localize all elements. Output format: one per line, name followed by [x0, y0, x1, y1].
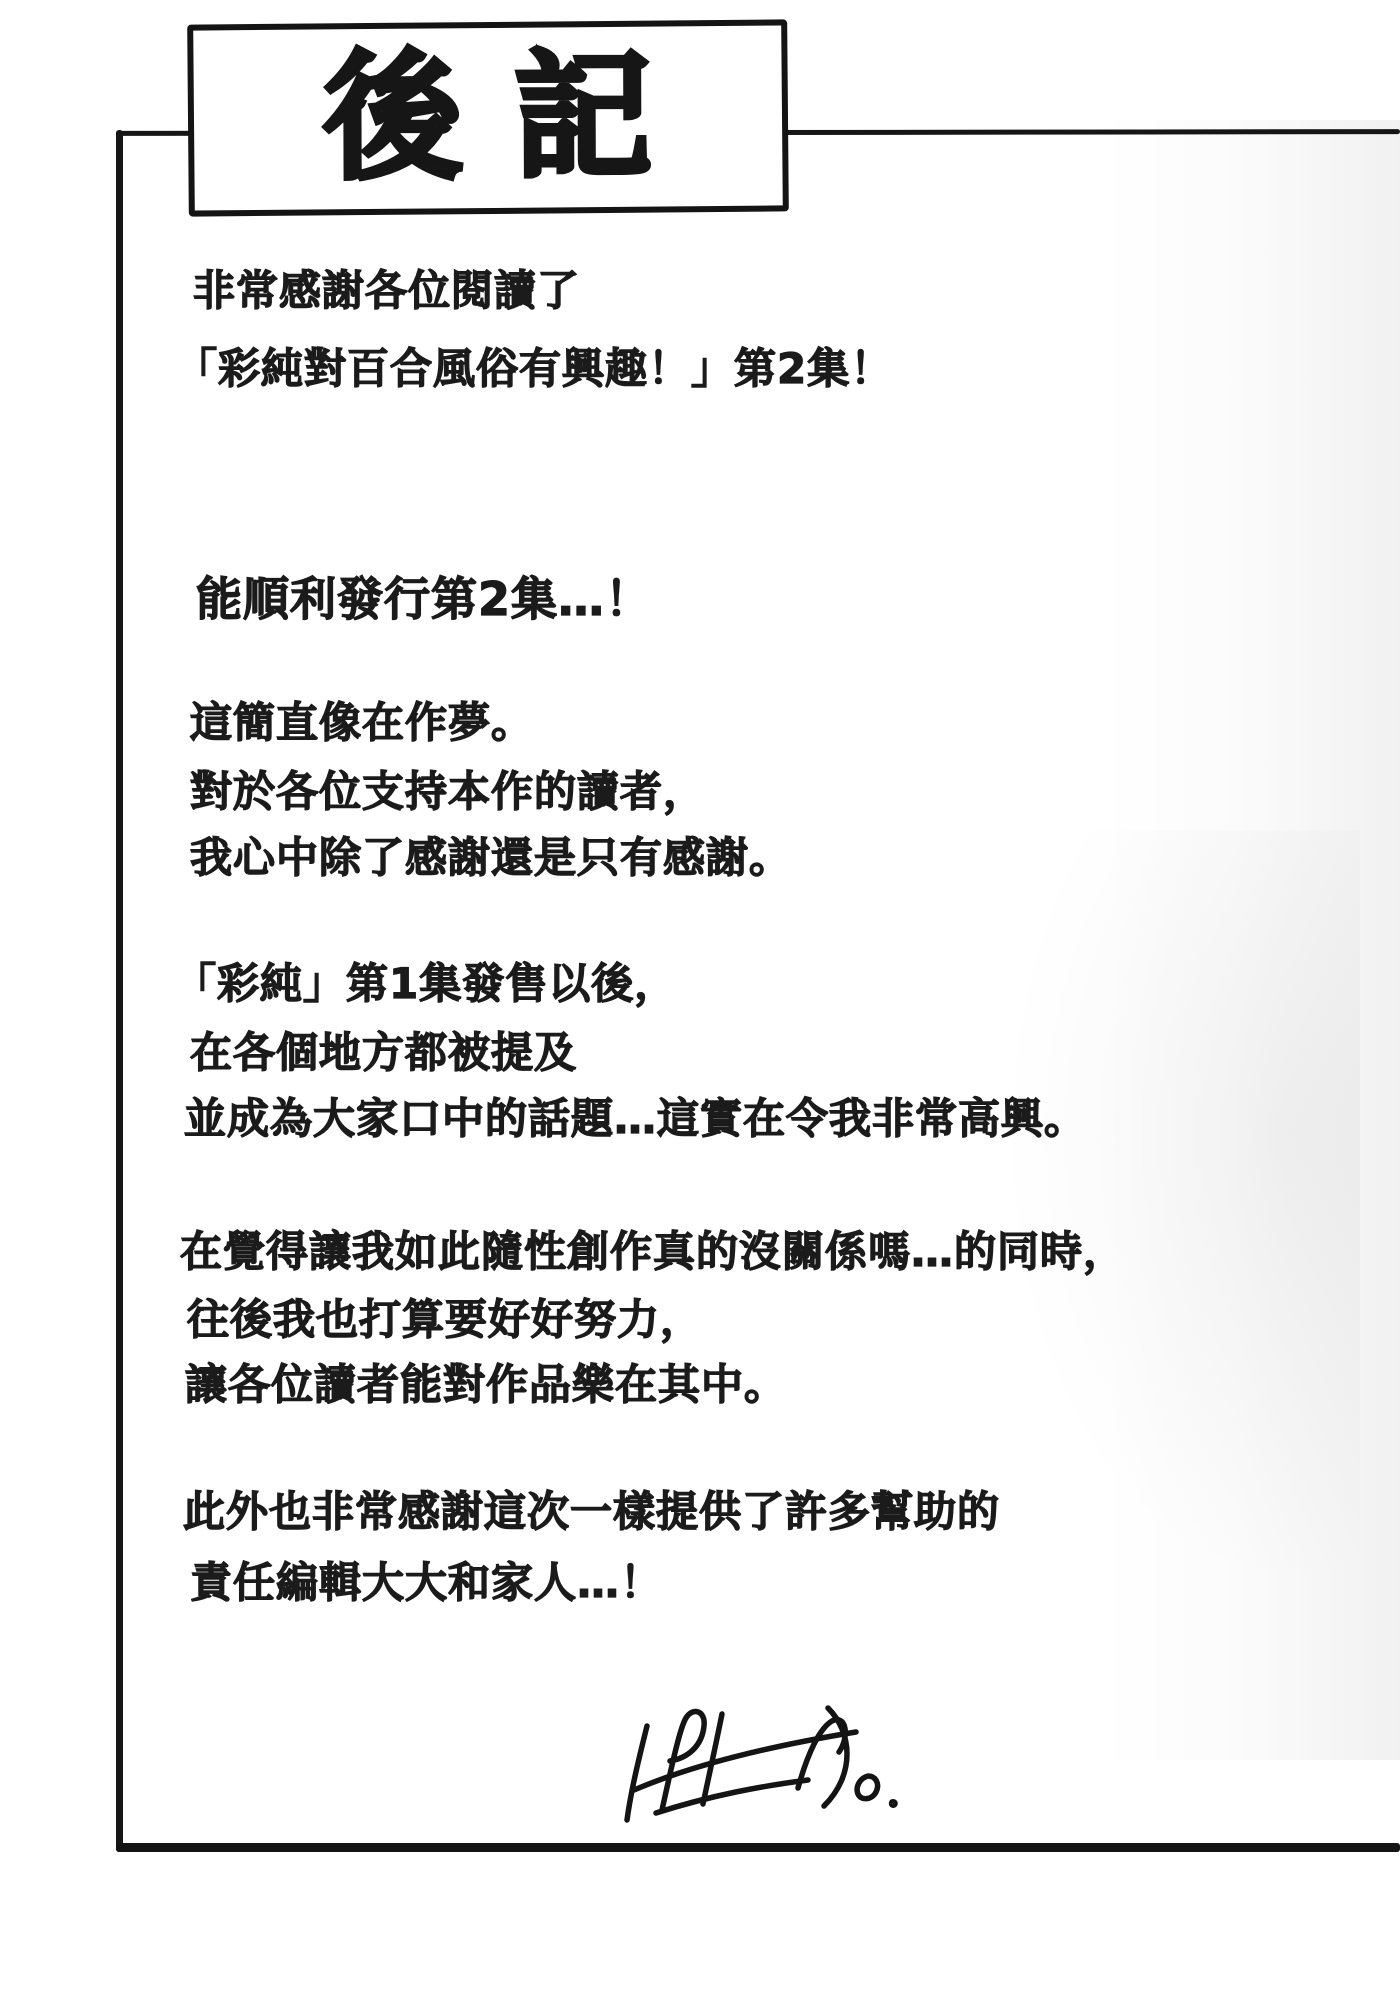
scan-shading-right — [1100, 120, 1400, 1760]
afterword-line: 責任編輯大大和家人…！ — [190, 1560, 663, 1606]
afterword-line: 在各個地方都被提及 — [190, 1030, 577, 1076]
afterword-line: 非常感謝各位閱讀了 — [193, 268, 580, 314]
afterword-line: 讓各位讀者能對作品樂在其中。 — [185, 1362, 787, 1408]
afterword-line: 這簡直像在作夢。 — [190, 700, 534, 746]
afterword-line: 往後我也打算要好好努力， — [187, 1297, 703, 1343]
panel-border-left — [116, 130, 123, 1852]
panel-border-bottom — [116, 1843, 1400, 1852]
afterword-line: 「彩純對百合風俗有興趣！」第2集！ — [175, 346, 893, 392]
afterword-line: 「彩純」第1集發售以後， — [174, 961, 677, 1007]
author-signature: 伊月クロ. — [600, 1692, 910, 1842]
afterword-line: 能順利發行第2集…！ — [196, 574, 652, 625]
afterword-line: 我心中除了感謝還是只有感謝。 — [190, 835, 792, 881]
afterword-line: 此外也非常感謝這次一樣提供了許多幫助的 — [183, 1489, 1000, 1535]
afterword-line: 並成為大家口中的話題…這實在令我非常高興。 — [184, 1096, 1087, 1142]
page-title: 後記 — [324, 48, 704, 187]
afterword-line: 對於各位支持本作的讀者， — [190, 769, 706, 815]
title-box: 後記 — [187, 19, 789, 216]
scan-shading-blob — [1000, 830, 1360, 1590]
afterword-line: 在覺得讓我如此隨性創作真的沒關係嗎…的同時， — [180, 1229, 1126, 1275]
afterword-page: 後記 非常感謝各位閱讀了 「彩純對百合風俗有興趣！」第2集！ 能順利發行第2集…… — [0, 0, 1400, 1989]
